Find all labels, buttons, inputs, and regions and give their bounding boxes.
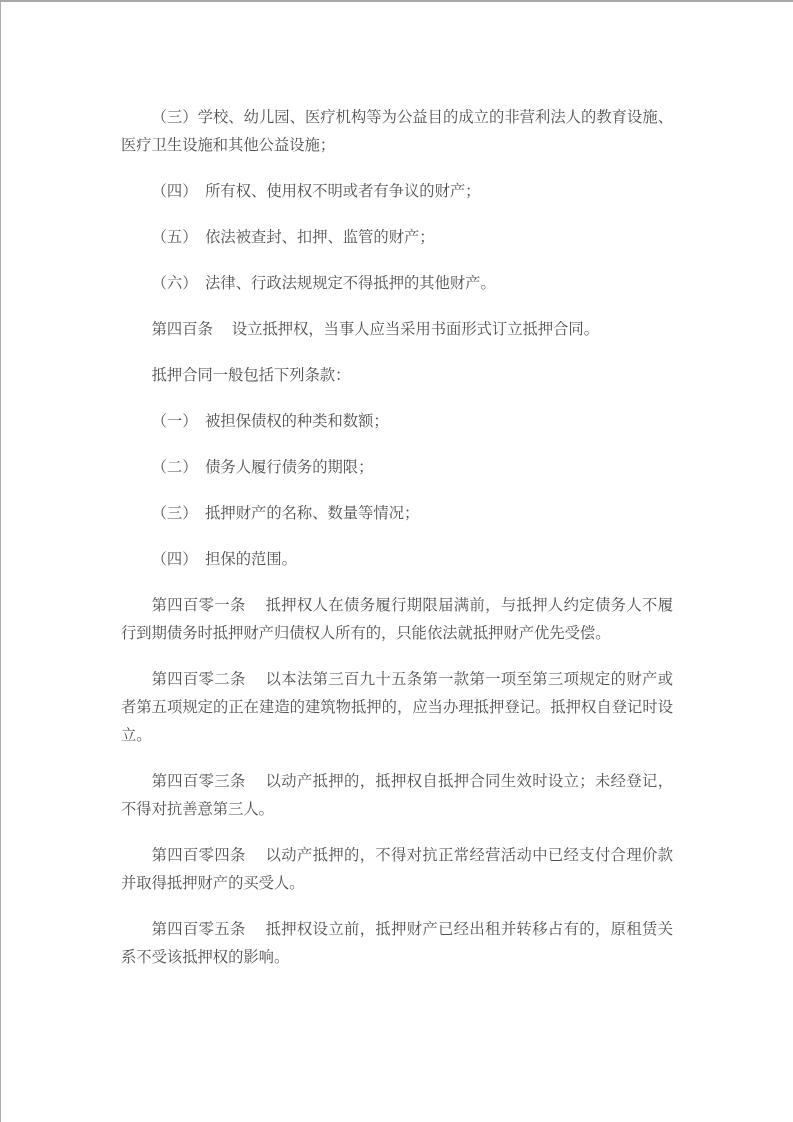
document-page: （三）学校、幼儿园、医疗机构等为公益目的成立的非营利法人的教育设施、医疗卫生设施… [0, 0, 793, 1122]
contract-clause-3: （三） 抵押财产的名称、数量等情况； [121, 500, 673, 528]
article-400-para-1: 第四百条 设立抵押权，当事人应当采用书面形式订立抵押合同。 [121, 316, 673, 344]
contract-clause-4: （四） 担保的范围。 [121, 546, 673, 574]
article-401: 第四百零一条 抵押权人在债务履行期限届满前，与抵押人约定债务人不履行到期债务时抵… [121, 592, 673, 648]
article-400-para-2: 抵押合同一般包括下列条款： [121, 362, 673, 390]
clause-item-6-other-property: （六） 法律、行政法规规定不得抵押的其他财产。 [121, 270, 673, 298]
clause-item-4-disputed-property: （四） 所有权、使用权不明或者有争议的财产； [121, 178, 673, 206]
document-body: （三）学校、幼儿园、医疗机构等为公益目的成立的非营利法人的教育设施、医疗卫生设施… [121, 104, 673, 990]
article-403: 第四百零三条 以动产抵押的，抵押权自抵押合同生效时设立；未经登记，不得对抗善意第… [121, 768, 673, 824]
clause-item-5-seized-property: （五） 依法被查封、扣押、监管的财产； [121, 224, 673, 252]
clause-item-3-public-facilities: （三）学校、幼儿园、医疗机构等为公益目的成立的非营利法人的教育设施、医疗卫生设施… [121, 104, 673, 160]
article-402: 第四百零二条 以本法第三百九十五条第一款第一项至第三项规定的财产或者第五项规定的… [121, 666, 673, 750]
contract-clause-1: （一） 被担保债权的种类和数额； [121, 408, 673, 436]
article-404: 第四百零四条 以动产抵押的，不得对抗正常经营活动中已经支付合理价款并取得抵押财产… [121, 842, 673, 898]
article-405: 第四百零五条 抵押权设立前，抵押财产已经出租并转移占有的，原租赁关系不受该抵押权… [121, 916, 673, 972]
contract-clause-2: （二） 债务人履行债务的期限； [121, 454, 673, 482]
